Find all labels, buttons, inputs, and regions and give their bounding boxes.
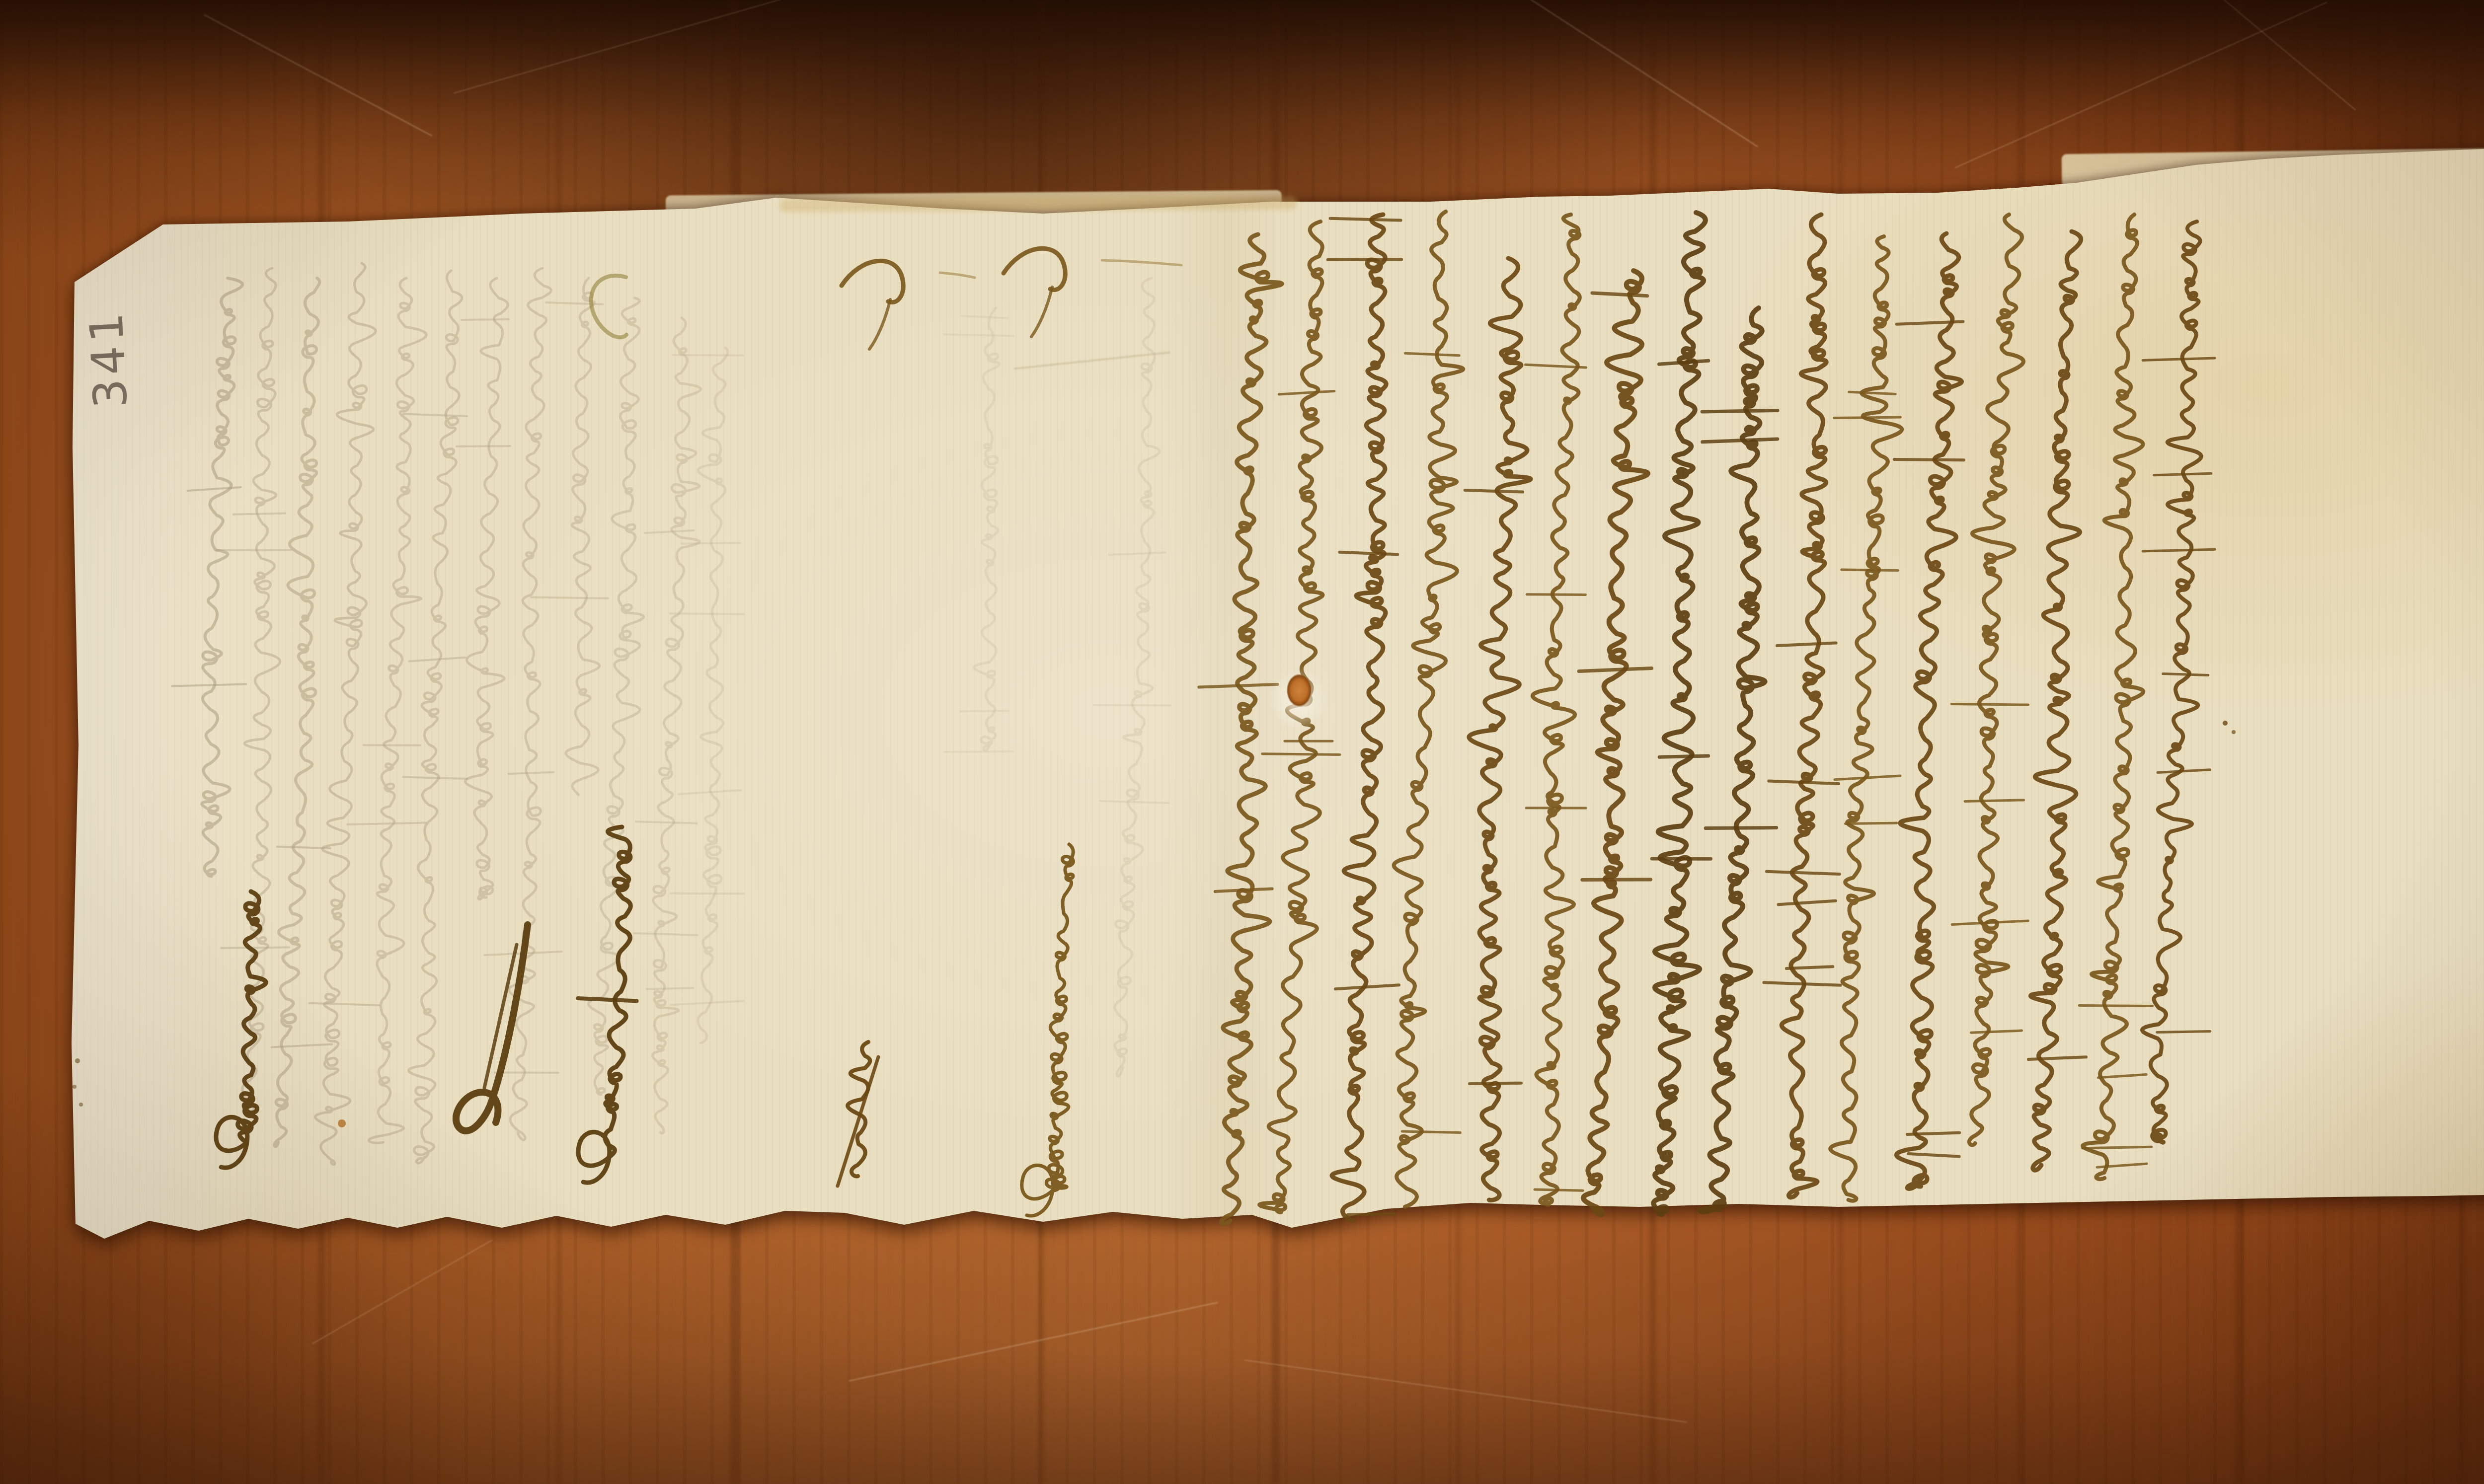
main-text-line-tail	[1769, 781, 1839, 784]
bleedthrough-line-tail	[172, 684, 246, 686]
main-text-line-tail	[1777, 643, 1836, 646]
bleedthrough-line-tail	[409, 658, 466, 662]
main-text-line-tail	[1845, 823, 1896, 823]
bleedthrough-line-tail	[670, 893, 744, 894]
main-text-line-tail	[1834, 417, 1901, 418]
bleedthrough-line	[202, 278, 242, 876]
bleedthrough-line-tail	[509, 772, 554, 774]
curl-flourish	[842, 261, 903, 302]
bleedthrough-line-tail	[634, 933, 698, 935]
main-text-line-tail	[1894, 459, 1964, 460]
pencil-page-number: 341	[56, 296, 161, 422]
bleedthrough-line-tail	[1109, 553, 1165, 555]
main-text-line-tail	[1767, 872, 1840, 874]
main-text-line	[1394, 212, 1464, 1207]
main-text-line-tail	[1659, 756, 1708, 757]
main-text-line-tail	[1340, 552, 1398, 555]
ink-speck	[338, 1119, 346, 1127]
curl-flourish-tail	[1031, 287, 1052, 337]
bleedthrough-line-tail	[960, 711, 1008, 711]
subpena-note-right-stem	[578, 998, 637, 1001]
bleedthrough-line-tail	[644, 530, 694, 533]
bleedthrough-line-tail	[457, 446, 510, 446]
bleedthrough-line	[566, 278, 600, 795]
main-text-line-tail	[1706, 828, 1776, 828]
main-text-line-tail	[1659, 361, 1708, 364]
main-text-line	[1969, 215, 2023, 1145]
main-text-line-tail	[1703, 439, 1778, 442]
bleedthrough-line	[315, 263, 376, 1165]
main-text-line-tail	[1971, 1031, 2022, 1033]
main-text-line-tail	[1330, 219, 1401, 221]
bleedthrough-line-tail	[403, 777, 467, 779]
tall-flourish	[1022, 844, 1074, 1216]
curl-flourish-dash	[1102, 260, 1181, 265]
main-text-line-tail	[1348, 1214, 1395, 1215]
main-text-line-tail	[2079, 1005, 2153, 1006]
bleedthrough-line	[652, 318, 700, 1133]
main-text-line	[1533, 215, 1580, 1205]
main-text-line	[1583, 271, 1648, 1214]
photo-canvas: 341	[0, 0, 2484, 1484]
bleedthrough-line-tail	[1093, 705, 1171, 706]
bleedthrough-line	[1115, 278, 1160, 1076]
bleedthrough-line-tail	[1100, 801, 1168, 803]
main-text-line-tail	[2143, 549, 2215, 551]
bleedthrough-line-tail	[944, 334, 1013, 336]
subpena-note-right	[578, 827, 630, 1183]
main-text-line-tail	[1279, 391, 1334, 394]
bleedthrough-line	[588, 298, 643, 1095]
main-text-line-tail	[2143, 358, 2215, 361]
main-text-line-tail	[1849, 392, 1895, 394]
main-text-line-tail	[1405, 353, 1460, 356]
main-text-line-tail	[2083, 1147, 2152, 1148]
bleedthrough-line-tail	[462, 319, 509, 320]
main-text-line-tail	[2157, 1032, 2210, 1033]
main-text-line-tail	[1527, 594, 1586, 595]
main-text-line	[1700, 308, 1765, 1212]
bleedthrough-line	[409, 271, 462, 1163]
bleedthrough-line-tail	[221, 948, 289, 948]
main-text-line	[1469, 258, 1531, 1200]
bleedthrough-line-tail	[647, 988, 694, 989]
bleedthrough-line	[466, 278, 508, 899]
main-text-line-tail	[1402, 1131, 1460, 1133]
bleedthrough-line-tail	[347, 823, 426, 825]
bleedthrough-line-tail	[636, 821, 697, 823]
main-text-line	[1830, 236, 1902, 1201]
ink-speck	[75, 1058, 80, 1063]
main-text-line-tail	[1908, 1154, 1959, 1157]
ink-speck	[2232, 730, 2236, 734]
hook-stain	[591, 276, 626, 337]
main-text-line-tail	[1335, 985, 1399, 989]
main-text-line-tail	[1779, 901, 1836, 905]
main-text-line-tail	[2158, 770, 2210, 773]
main-text-line-tail	[1470, 1083, 1521, 1084]
bleedthrough-line-tail	[531, 597, 608, 598]
bleedthrough-line	[974, 308, 1000, 750]
main-text-line	[2083, 215, 2143, 1179]
main-text-line-tail	[1786, 966, 1833, 968]
main-text-line-tail	[1215, 889, 1272, 891]
bleedthrough-line-tail	[188, 487, 241, 491]
bleedthrough-line-tail	[671, 1001, 744, 1005]
main-text-line-tail	[1535, 1189, 1583, 1190]
ink-speck	[73, 1085, 77, 1089]
main-text-line-tail	[1262, 754, 1340, 755]
main-text-line-tail	[1842, 570, 1898, 571]
main-text-line	[1896, 233, 1961, 1188]
main-text-line	[1332, 215, 1386, 1221]
main-text-line-tail	[1328, 259, 1401, 260]
main-text-line-tail	[1951, 704, 2028, 705]
bleedthrough-line-tail	[962, 316, 1008, 318]
handwriting-layer	[0, 0, 2484, 1484]
curl-flourish-tail	[869, 299, 890, 349]
main-text-line-tail	[2163, 674, 2208, 675]
ink-speck	[79, 1103, 83, 1107]
main-text-line-tail	[1965, 800, 2024, 802]
main-text-line-tail	[1582, 880, 1651, 880]
bleedthrough-line-tail	[944, 751, 1013, 752]
main-text-line-tail	[2154, 473, 2211, 475]
bleedthrough-line-tail	[233, 514, 285, 515]
bleedthrough-line-tail	[681, 543, 740, 543]
main-text-line-tail	[2097, 1164, 2147, 1167]
main-text-line-tail	[1592, 293, 1647, 296]
main-text-line-tail	[1907, 1133, 1960, 1134]
main-text-line-tail	[1465, 490, 1523, 492]
bleedthrough-line	[369, 278, 426, 1143]
bleedthrough-line	[698, 348, 728, 1043]
main-text-line-tail	[1764, 982, 1841, 985]
main-text-line	[2031, 231, 2081, 1170]
bleedthrough-line-tail	[310, 1003, 380, 1005]
main-text-line-tail	[1702, 411, 1778, 412]
curl-flourish	[1004, 248, 1065, 290]
main-text-line-tail	[1579, 668, 1651, 671]
bleedthrough-line	[274, 278, 319, 1147]
main-text-line	[1782, 215, 1826, 1197]
bleedthrough-line-tail	[403, 414, 467, 416]
ink-speck	[2223, 721, 2228, 726]
main-text-line-tail	[2098, 1075, 2146, 1078]
bleedthrough-line-tail	[673, 355, 743, 356]
bleedthrough-line-tail	[670, 613, 744, 614]
curl-flourish-dash	[940, 273, 975, 278]
fattis-note	[848, 1042, 870, 1177]
